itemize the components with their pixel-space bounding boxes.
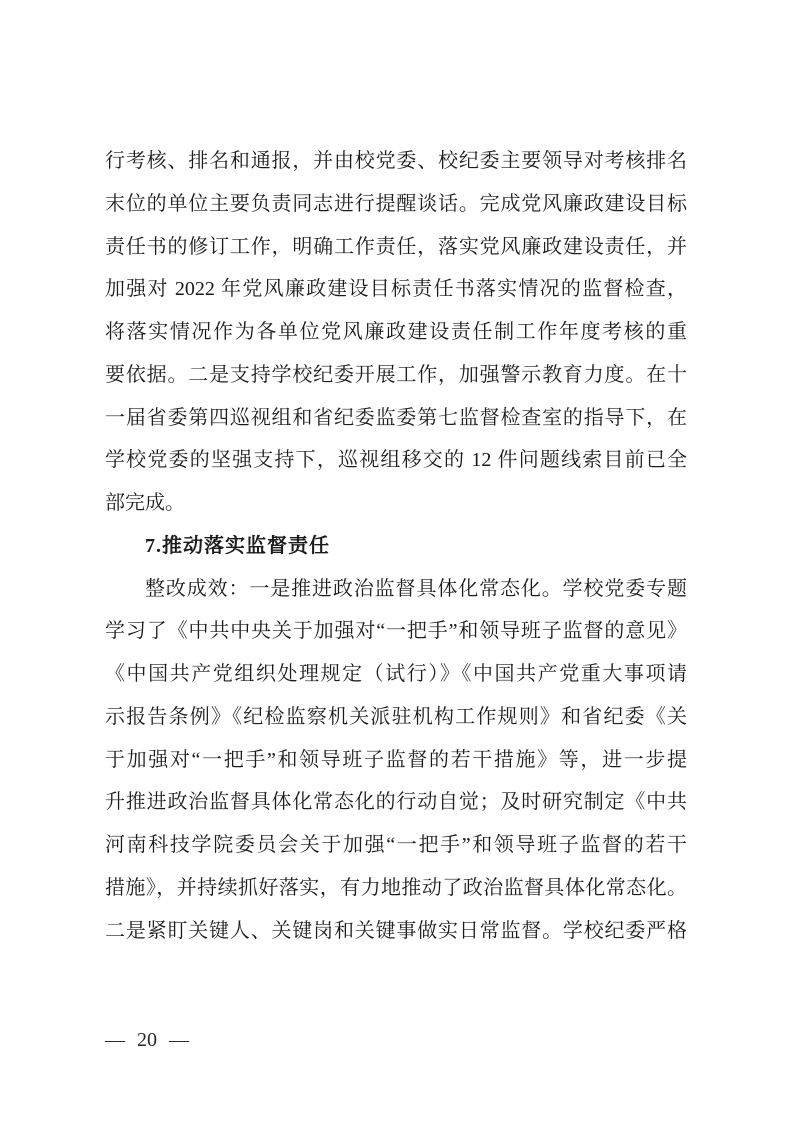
text-line: 要依据。二是支持学校纪委开展工作，加强警示教育力度。在十 (105, 354, 687, 397)
text-line: 学校党委的坚强支持下，巡视组移交的 12 件问题线索目前已全 (105, 439, 687, 482)
text-line: 整改成效：一是推进政治监督具体化常态化。学校党委专题 (105, 568, 687, 611)
document-page: 行考核、排名和通报，并由校党委、校纪委主要领导对考核排名 末位的单位主要负责同志… (0, 0, 793, 1122)
text-line: 升推进政治监督具体化常态化的行动自觉；及时研究制定《中共 (105, 781, 687, 824)
footer-dash-left: — (105, 1026, 125, 1054)
text-line: 河南科技学院委员会关于加强“一把手”和领导班子监督的若干 (105, 824, 687, 867)
text-line: 一届省委第四巡视组和省纪委监委第七监督检查室的指导下，在 (105, 397, 687, 440)
section-heading: 7.推动落实监督责任 (105, 525, 687, 568)
text-line: 《中国共产党组织处理规定（试行）》《中国共产党重大事项请 (105, 653, 687, 696)
text-line: 措施》，并持续抓好落实，有力地推动了政治监督具体化常态化。 (105, 867, 687, 910)
text-line: 责任书的修订工作，明确工作责任，落实党风廉政建设责任，并 (105, 226, 687, 269)
text-line: 将落实情况作为各单位党风廉政建设责任制工作年度考核的重 (105, 311, 687, 354)
page-number: 20 (137, 1026, 157, 1054)
footer-dash-right: — (169, 1026, 189, 1054)
text-line: 示报告条例》《纪检监察机关派驻机构工作规则》和省纪委《关 (105, 696, 687, 739)
text-line: 加强对 2022 年党风廉政建设目标责任书落实情况的监督检查， (105, 268, 687, 311)
text-block: 行考核、排名和通报，并由校党委、校纪委主要领导对考核排名 末位的单位主要负责同志… (105, 140, 687, 952)
text-line: 二是紧盯关键人、关键岗和关键事做实日常监督。学校纪委严格 (105, 910, 687, 953)
text-line: 学习了《中共中央关于加强对“一把手”和领导班子监督的意见》 (105, 610, 687, 653)
text-line: 末位的单位主要负责同志进行提醒谈话。完成党风廉政建设目标 (105, 183, 687, 226)
text-line: 于加强对“一把手”和领导班子监督的若干措施》等，进一步提 (105, 739, 687, 782)
page-footer: —20— (105, 1026, 189, 1054)
text-line: 行考核、排名和通报，并由校党委、校纪委主要领导对考核排名 (105, 140, 687, 183)
text-line: 部完成。 (105, 482, 687, 525)
